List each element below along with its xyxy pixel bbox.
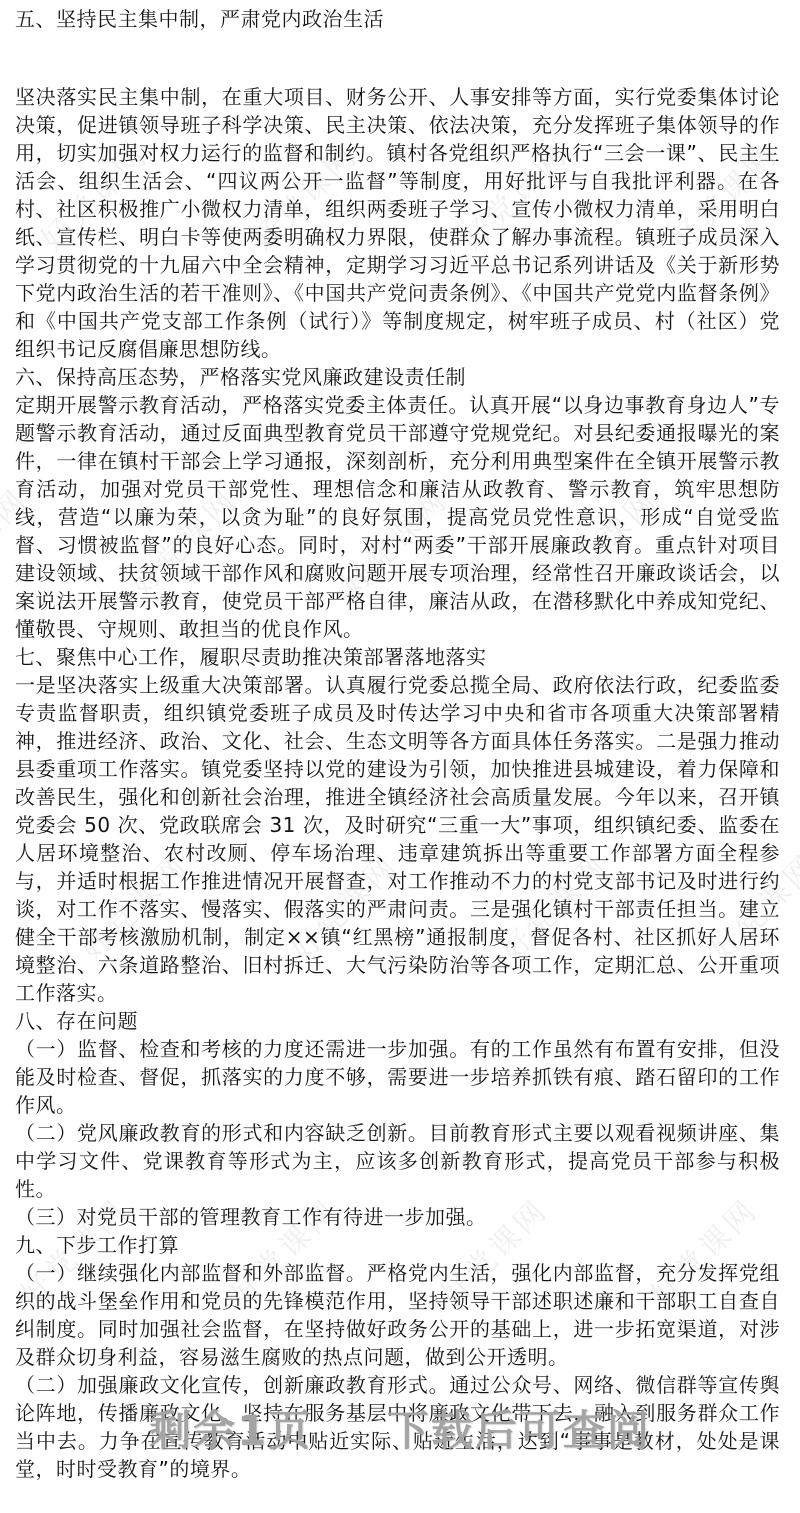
section-heading-7: 七、聚焦中心工作，履职尽责助推决策部署落地落实 [15, 643, 780, 671]
document-body: 五、坚持民主集中制，严肃党内政治生活 坚决落实民主集中制，在重大项目、财务公开、… [0, 0, 800, 1483]
paragraph: （三）对党员干部的管理教育工作有待进一步加强。 [15, 1203, 780, 1231]
section-heading-6: 六、保持高压态势，严格落实党风廉政建设责任制 [15, 363, 780, 391]
document-preview-page: 好党课网 好党课网 好党课网 好党课网 好党课网 好党课网 好党课网 好党课网 … [0, 0, 800, 1513]
section-heading-5: 五、坚持民主集中制，严肃党内政治生活 [15, 5, 780, 33]
paragraph: 一是坚决落实上级重大决策部署。认真履行党委总揽全局、政府依法行政，纪委监委专责监… [15, 671, 780, 1007]
download-hint-label: 下载后可查阅 [387, 1406, 651, 1455]
paragraph: 坚决落实民主集中制，在重大项目、财务公开、人事安排等方面，实行党委集体讨论决策，… [15, 83, 780, 363]
section-heading-8: 八、存在问题 [15, 1007, 780, 1035]
preview-footer: 剩余1页 下载后可查阅 [0, 1398, 800, 1458]
section-heading-9: 九、下步工作打算 [15, 1231, 780, 1259]
remaining-pages-label: 剩余1页 [149, 1406, 312, 1455]
paragraph: （一）监督、检查和考核的力度还需进一步加强。有的工作虽然有布置有安排，但没能及时… [15, 1035, 780, 1119]
paragraph: 定期开展警示教育活动，严格落实党委主体责任。认真开展“以身边事教育身边人”专题警… [15, 391, 780, 643]
paragraph: （一）继续强化内部监督和外部监督。严格党内生活，强化内部监督，充分发挥党组织的战… [15, 1259, 780, 1371]
paragraph: （二）党风廉政教育的形式和内容缺乏创新。目前教育形式主要以观看视频讲座、集中学习… [15, 1119, 780, 1203]
